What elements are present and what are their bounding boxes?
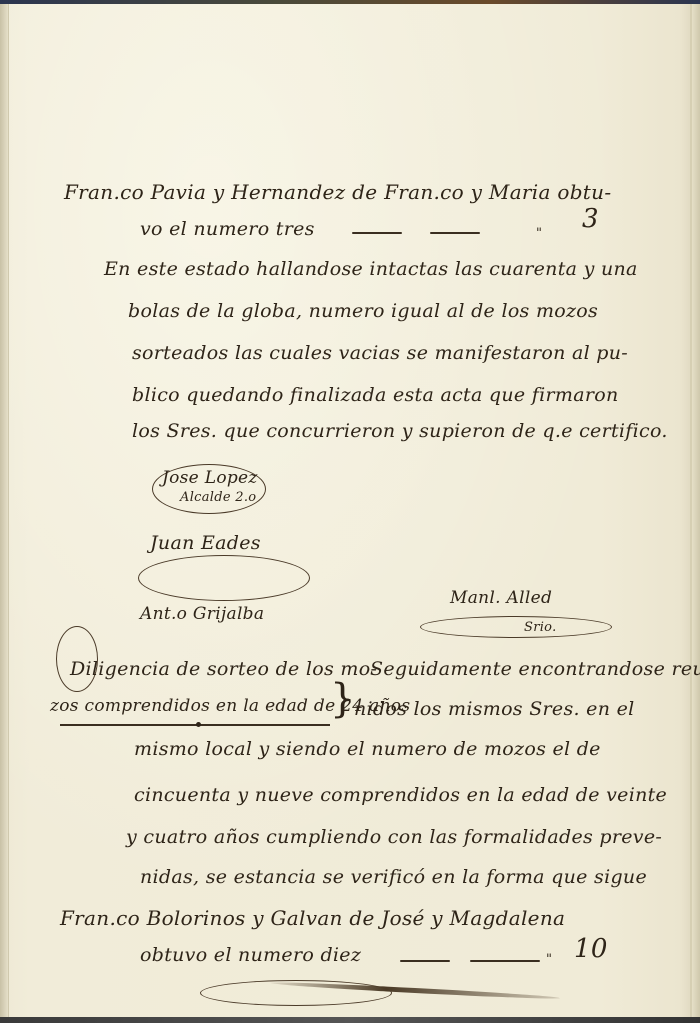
filler-dash — [470, 960, 540, 962]
ditto-mark: " — [536, 226, 542, 241]
entry-1-number: 3 — [582, 204, 599, 234]
paragraph-2-line-1: Seguidamente encontrandose reu- — [370, 658, 700, 680]
filler-dash — [400, 960, 450, 962]
paragraph-2-line-3: mismo local y siendo el numero de mozos … — [134, 738, 601, 760]
entry-1-line-1: Fran.co Pavia y Hernandez de Fran.co y M… — [64, 180, 611, 204]
signature-rubric-oval — [420, 616, 612, 638]
signature-4-title: Srio. — [524, 620, 557, 635]
book-bottom-edge — [0, 1017, 700, 1023]
signature-rubric-oval — [138, 555, 310, 601]
paragraph-2-line-5: y cuatro años cumpliendo con las formali… — [126, 826, 662, 848]
page-gutter — [0, 4, 9, 1017]
paragraph-1-line-3: sorteados las cuales vacias se manifesta… — [132, 342, 628, 364]
paragraph-1-line-4: blico quedando finalizada esta acta que … — [132, 384, 619, 406]
signature-3-name: Ant.o Grijalba — [140, 604, 264, 624]
page-right-edge — [692, 4, 700, 1017]
margin-bracket: } — [330, 676, 355, 722]
paragraph-1-line-1: En este estado hallandose intactas las c… — [104, 258, 638, 280]
ink-dot — [196, 722, 201, 727]
signature-1-name: Jose Lopez — [162, 468, 258, 488]
signature-2-name: Juan Eades — [150, 532, 261, 554]
filler-dash — [430, 232, 480, 234]
filler-dash — [352, 232, 402, 234]
paragraph-1-line-2: bolas de la globa, numero igual al de lo… — [128, 300, 598, 322]
paragraph-2-line-4: cincuenta y nueve comprendidos en la eda… — [134, 784, 667, 806]
entry-1-line-2: vo el numero tres — [140, 218, 315, 240]
ditto-mark: " — [546, 952, 552, 967]
paragraph-2-line-6: nidas, se estancia se verificó en la for… — [140, 866, 647, 888]
entry-2-number: 10 — [574, 934, 608, 964]
paragraph-1-line-5: los Sres. que concurrieron y supieron de… — [132, 420, 668, 442]
signature-1-title: Alcalde 2.o — [180, 490, 256, 505]
entry-2-line-2: obtuvo el numero diez — [140, 944, 361, 966]
margin-note-underline — [60, 724, 330, 726]
signature-4-name: Manl. Alled — [450, 588, 552, 608]
paragraph-2-line-2: nidos los mismos Sres. en el — [354, 698, 635, 720]
entry-2-line-1: Fran.co Bolorinos y Galvan de José y Mag… — [60, 906, 565, 930]
